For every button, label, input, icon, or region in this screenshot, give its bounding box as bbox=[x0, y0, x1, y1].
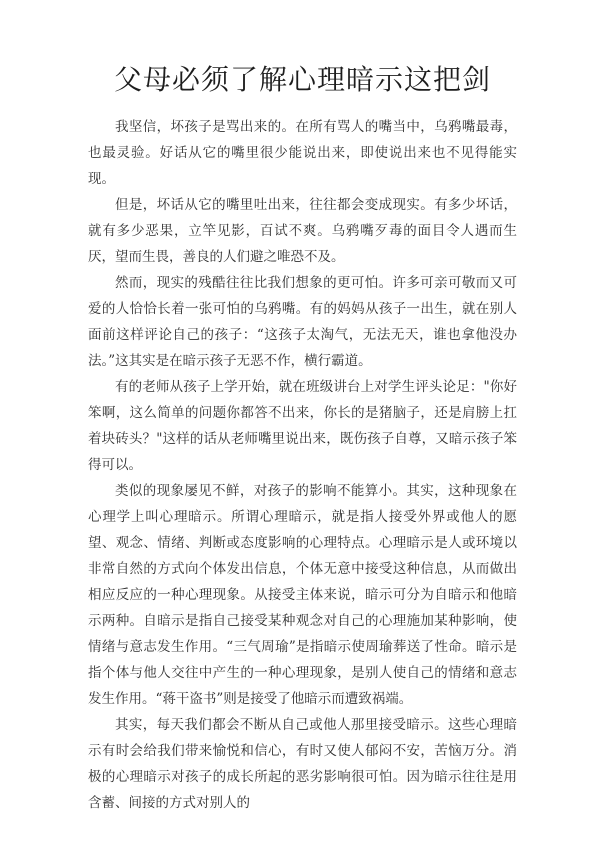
paragraph: 类似的现象屡见不鲜，对孩子的影响不能算小。其实，这种现象在心理学上叫心理暗示。所… bbox=[88, 478, 517, 712]
paragraph: 其实，每天我们都会不断从自己或他人那里接受暗示。这些心理暗示有时会给我们带来愉悦… bbox=[88, 712, 517, 816]
paragraph: 然而，现实的残酷往往比我们想象的更可怕。许多可亲可敬而又可爱的人恰恰长着一张可怕… bbox=[88, 270, 517, 374]
paragraph: 我坚信，坏孩子是骂出来的。在所有骂人的嘴当中，乌鸦嘴最毒，也最灵验。好话从它的嘴… bbox=[88, 114, 517, 192]
paragraph: 但是，坏话从它的嘴里吐出来，往往都会变成现实。有多少坏话，就有多少恶果，立竿见影… bbox=[88, 192, 517, 270]
paragraph: 有的老师从孩子上学开始，就在班级讲台上对学生评头论足："你好笨啊，这么简单的问题… bbox=[88, 374, 517, 478]
document-title: 父母必须了解心理暗示这把剑 bbox=[88, 62, 517, 98]
document-page: 父母必须了解心理暗示这把剑 我坚信，坏孩子是骂出来的。在所有骂人的嘴当中，乌鸦嘴… bbox=[0, 0, 596, 842]
